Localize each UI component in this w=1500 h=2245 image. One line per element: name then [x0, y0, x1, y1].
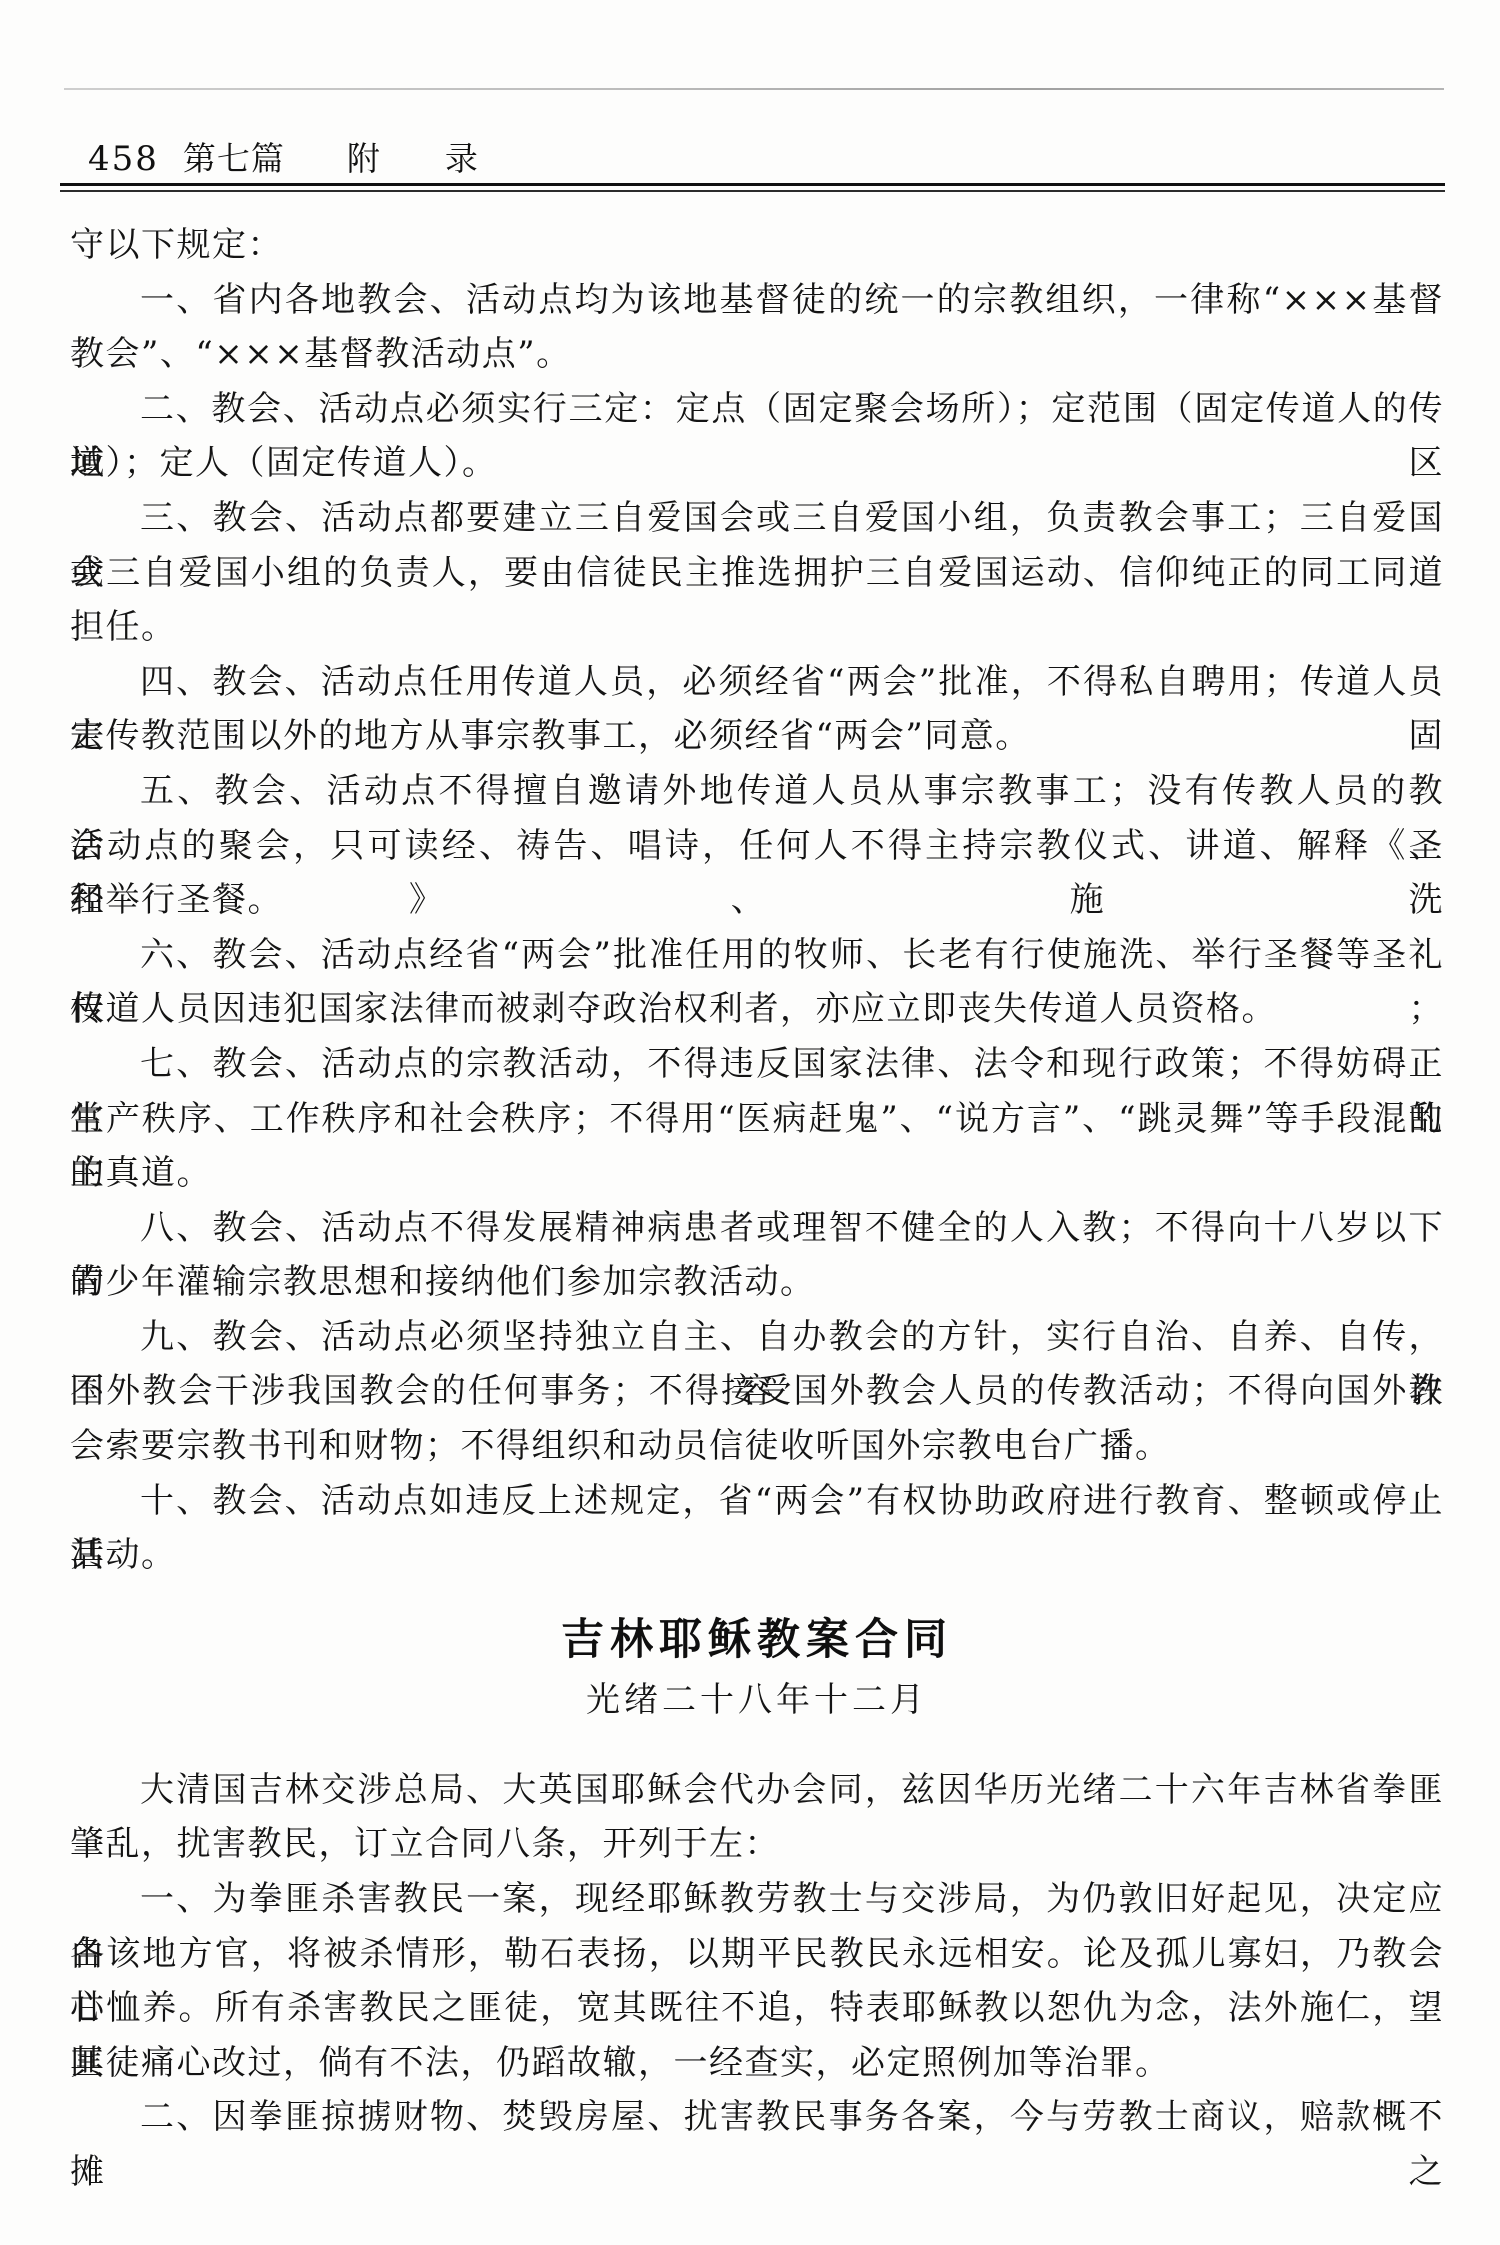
text-line: 各该地方官，将被杀情形，勒石表扬，以期平民教民永远相安。论及孤儿寡妇，乃教会甘 — [70, 1927, 1444, 1982]
scanned-book-page: 458第七篇附录 守以下规定： 一、省内各地教会、活动点均为该地基督徒的统一的宗… — [0, 0, 1500, 2245]
text-line: 的真道。 — [70, 1146, 1444, 1201]
contract-body: 大清国吉林交涉总局、大英国耶稣会代办会同，兹因华历光绪二十六年吉林省拳匪 肇乱，… — [70, 1763, 1444, 2145]
header-double-rule — [60, 183, 1445, 192]
text-line: 三、教会、活动点都要建立三自爱国会或三自爱国小组，负责教会事工；三自爱国会 — [70, 491, 1444, 546]
section-label-right: 录 — [445, 139, 479, 178]
text-line: 一、为拳匪杀害教民一案，现经耶稣教劳教士与交涉局，为仍敦旧好起见，决定应由 — [70, 1872, 1444, 1927]
text-line: 活动点的聚会，只可读经、祷告、唱诗，任何人不得主持宗教仪式、讲道、解释《圣经》、… — [70, 819, 1444, 874]
text-line: 二、因拳匪掠掳财物、焚毁房屋、扰害教民事务各案，今与劳教士商议，赔款概不摊之 — [70, 2090, 1444, 2145]
text-line: 四、教会、活动点任用传道人员，必须经省“两会”批准，不得私自聘用；传道人员去固 — [70, 655, 1444, 710]
text-line: 六、教会、活动点经省“两会”批准任用的牧师、长老有行使施洗、举行圣餐等圣礼权； — [70, 928, 1444, 983]
scan-artifact-line — [64, 88, 1444, 90]
text-line: 教会”、“×××基督教活动点”。 — [70, 327, 1444, 382]
text-line: 十、教会、活动点如违反上述规定，省“两会”有权协助政府进行教育、整顿或停止其 — [70, 1474, 1444, 1529]
text-line: 肇乱，扰害教民，订立合同八条，开列于左： — [70, 1817, 1444, 1872]
text-line: 九、教会、活动点必须坚持独立自主、自办教会的方针，实行自治、自养、自传，不容许 — [70, 1310, 1444, 1365]
section-label-left: 附 — [347, 139, 381, 178]
page-number: 458 — [88, 139, 159, 179]
text-line: 五、教会、活动点不得擅自邀请外地传道人员从事宗教事工；没有传教人员的教会、 — [70, 764, 1444, 819]
part-label: 第七篇 — [183, 139, 285, 178]
text-line: 或三自爱国小组的负责人，要由信徒民主推选拥护三自爱国运动、信仰纯正的同工同道 — [70, 546, 1444, 601]
text-line: 大清国吉林交涉总局、大英国耶稣会代办会同，兹因华历光绪二十六年吉林省拳匪 — [70, 1763, 1444, 1818]
text-line: 活动。 — [70, 1528, 1444, 1583]
text-line: 传道人员因违犯国家法律而被剥夺政治权利者，亦应立即丧失传道人员资格。 — [70, 982, 1444, 1037]
text-line: 青少年灌输宗教思想和接纳他们参加宗教活动。 — [70, 1255, 1444, 1310]
text-line: 七、教会、活动点的宗教活动，不得违反国家法律、法令和现行政策；不得妨碍正常的 — [70, 1037, 1444, 1092]
page-body: 守以下规定： 一、省内各地教会、活动点均为该地基督徒的统一的宗教组织，一律称“×… — [70, 218, 1444, 2145]
text-line: 二、教会、活动点必须实行三定：定点（固定聚会场所）；定范围（固定传道人的传道区 — [70, 382, 1444, 437]
contract-title: 吉林耶稣教案合同 — [70, 1609, 1444, 1671]
text-line: 守以下规定： — [70, 218, 1444, 273]
text-line: 一、省内各地教会、活动点均为该地基督徒的统一的宗教组织，一律称“×××基督 — [70, 273, 1444, 328]
text-line: 国外教会干涉我国教会的任何事务；不得接受国外教会人员的传教活动；不得向国外教 — [70, 1364, 1444, 1419]
text-line: 八、教会、活动点不得发展精神病患者或理智不健全的人入教；不得向十八岁以下的 — [70, 1201, 1444, 1256]
text-line: 担任。 — [70, 600, 1444, 655]
text-line: 匪徒痛心改过，倘有不法，仍蹈故辙，一经查实，必定照例加等治罪。 — [70, 2036, 1444, 2091]
text-line: 心恤养。所有杀害教民之匪徒，宽其既往不追，特表耶稣教以恕仇为念，法外施仁，望其 — [70, 1981, 1444, 2036]
text-line: 会索要宗教书刊和财物；不得组织和动员信徒收听国外宗教电台广播。 — [70, 1419, 1444, 1474]
running-header: 458第七篇附录 — [88, 138, 479, 180]
text-line: 生产秩序、工作秩序和社会秩序；不得用“医病赶鬼”、“说方言”、“跳灵舞”等手段混… — [70, 1092, 1444, 1147]
contract-subtitle: 光绪二十八年十二月 — [70, 1675, 1444, 1725]
